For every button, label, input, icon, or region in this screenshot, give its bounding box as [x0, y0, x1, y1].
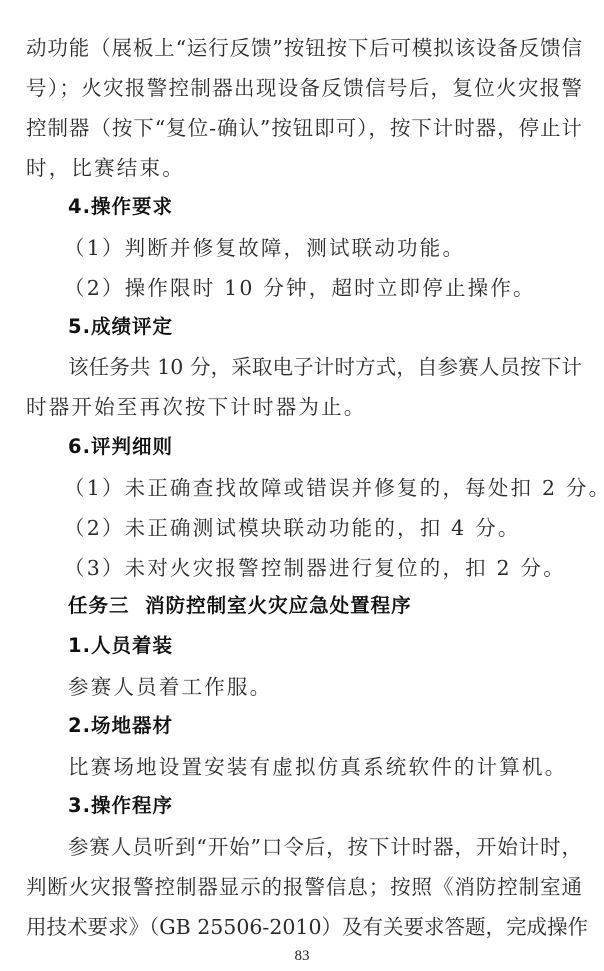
paragraph-line: 时器开始至再次按下计时器为止。: [26, 395, 582, 419]
paragraph-line: 判断火灾报警控制器显示的报警信息；按照《消防控制室通: [26, 875, 582, 899]
section-heading: 4.操作要求: [68, 195, 604, 219]
paragraph-line: 时，比赛结束。: [26, 156, 582, 180]
list-item: （2）操作限时 10 分钟，超时立即停止操作。: [64, 276, 604, 300]
paragraph-line: 参赛人员听到“开始”口令后，按下计时器，开始计时，: [68, 835, 582, 859]
section-heading: 1.人员着装: [68, 634, 604, 658]
list-item: （2）未正确测试模块联动功能的，扣 4 分。: [64, 516, 604, 540]
task-title: 任务三 消防控制室火灾应急处置程序: [68, 594, 604, 618]
paragraph-line: 控制器（按下“复位-确认”按钮即可），按下计时器，停止计: [26, 116, 582, 140]
paragraph-line: 参赛人员着工作服。: [68, 675, 604, 699]
paragraph-line: 比赛场地设置安装有虚拟仿真系统软件的计算机。: [68, 755, 604, 779]
paragraph-line: 用技术要求》（GB 25506-2010）及有关要求答题，完成操作: [26, 915, 582, 939]
paragraph-line: 动功能（展板上“运行反馈”按钮按下后可模拟该设备反馈信: [26, 36, 582, 60]
paragraph-line: 该任务共 10 分，采取电子计时方式，自参赛人员按下计: [68, 355, 582, 379]
section-heading: 5.成绩评定: [68, 315, 604, 339]
document-page: 动功能（展板上“运行反馈”按钮按下后可模拟该设备反馈信 号）；火灾报警控制器出现…: [0, 0, 604, 971]
list-item: （1）未正确查找故障或错误并修复的，每处扣 2 分。: [64, 476, 604, 500]
list-item: （1）判断并修复故障，测试联动功能。: [64, 236, 604, 260]
paragraph-line: 号）；火灾报警控制器出现设备反馈信号后，复位火灾报警: [26, 76, 582, 100]
section-heading: 6.评判细则: [68, 435, 604, 459]
section-heading: 3.操作程序: [68, 794, 604, 818]
section-heading: 2.场地器材: [68, 714, 604, 738]
list-item: （3）未对火灾报警控制器进行复位的，扣 2 分。: [64, 556, 604, 580]
page-number: 83: [0, 948, 604, 965]
